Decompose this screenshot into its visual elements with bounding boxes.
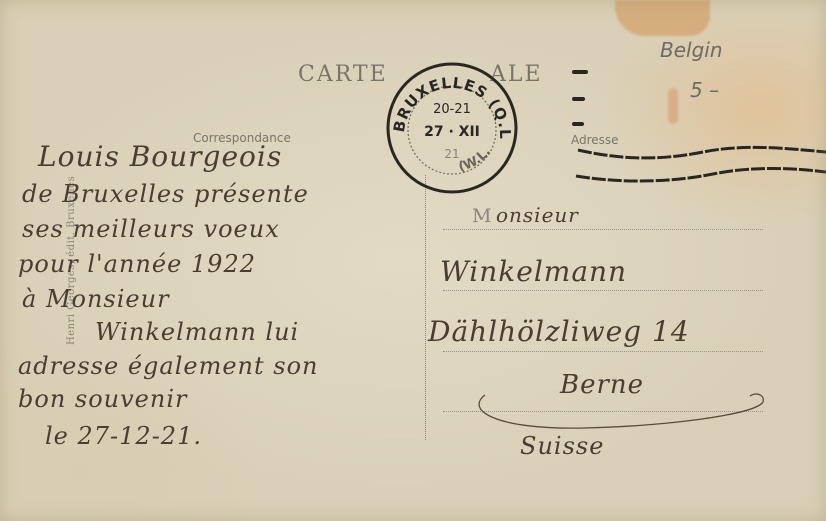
postmark-circle: BRUXELLES (Q.L.)-BRUSSEL (W.L.) 20-21 27… (382, 58, 522, 198)
cancel-bar (572, 97, 585, 101)
pencil-note-country: Belgin (660, 38, 723, 62)
message-line: adresse également son (18, 352, 318, 380)
address-line-title: onsieur (496, 203, 579, 227)
center-divider (425, 175, 426, 440)
address-rule-1 (443, 229, 763, 230)
postmark: BRUXELLES (Q.L.)-BRUSSEL (W.L.) 20-21 27… (382, 58, 522, 198)
postcard: CARTE ALE Correspondance Adresse Henri G… (0, 0, 826, 521)
svg-text:27 · XII: 27 · XII (424, 124, 480, 140)
address-line-name: Winkelmann (440, 255, 627, 288)
pencil-note-price: 5 – (690, 78, 719, 102)
title-carte: CARTE (298, 62, 388, 87)
water-stain-small (668, 88, 678, 124)
message-line: ses meilleurs voeux (22, 215, 280, 243)
address-rule-2 (443, 290, 763, 291)
message-line: de Bruxelles présente (22, 180, 309, 208)
message-line: à Monsieur (22, 285, 170, 313)
address-line-street: Dählhölzliweg 14 (428, 315, 690, 348)
wavy-cancellation-lines (573, 138, 826, 188)
water-stain (615, 0, 710, 36)
message-line: pour l'année 1922 (18, 250, 256, 278)
address-rule-3 (443, 351, 763, 352)
message-line: Louis Bourgeois (38, 140, 282, 173)
message-line: Winkelmann lui (95, 318, 299, 346)
recipient-prefix-m: M (472, 205, 491, 227)
cancel-bar (572, 122, 584, 126)
message-line: bon souvenir (18, 385, 188, 413)
svg-text:20-21: 20-21 (433, 102, 471, 117)
message-date: le 27-12-21. (45, 422, 202, 450)
svg-text:21: 21 (444, 147, 459, 161)
cancel-bar (572, 70, 588, 74)
city-underline-flourish (465, 390, 775, 440)
